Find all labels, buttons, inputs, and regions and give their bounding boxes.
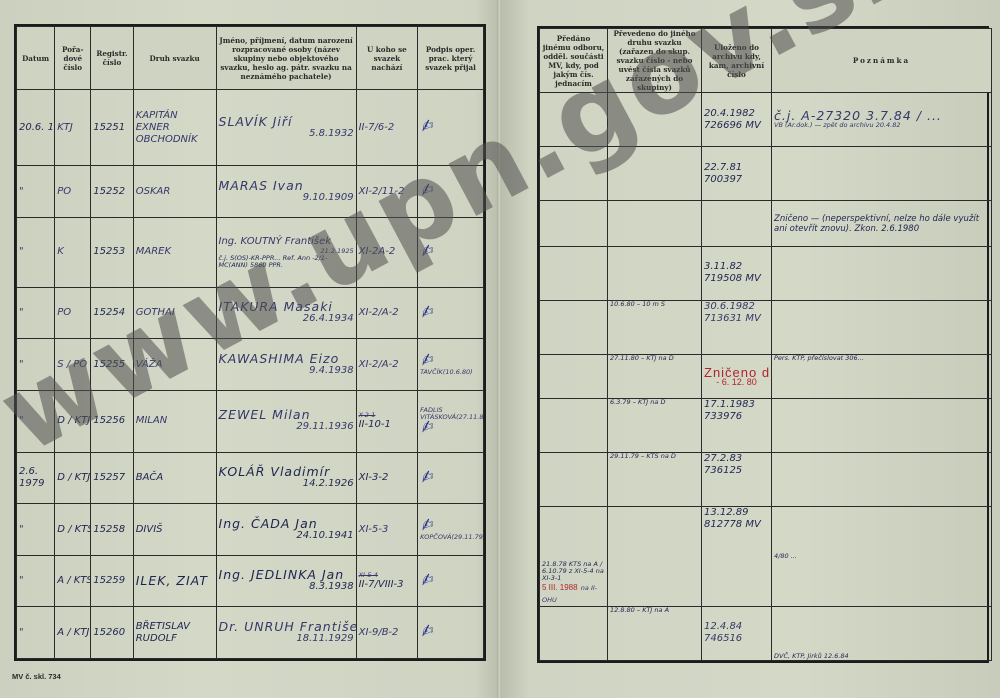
table-row: 10.6.80 – 10 m S 30.6.1982 713631 MV <box>540 301 992 355</box>
cell-u-koho: X-2-1II-10-1 <box>356 390 418 452</box>
cell-jmeno: KAWASHIMA Eizo9.4.1938 <box>216 339 356 391</box>
cell-podpis: ✍︎ <box>418 90 484 166</box>
table-row: " PO 15252 OSKAR MARAS Ivan9.10.1909 XI-… <box>17 166 484 218</box>
cell-druh: MILAN <box>133 390 216 452</box>
cell-predano <box>540 398 608 452</box>
cell-datum: " <box>17 504 55 556</box>
table-row: 20.4.1982 726696 MV č.j. A-27320 3.7.84 … <box>540 93 992 147</box>
cell-datum: " <box>17 287 55 339</box>
cell-poradove: D / KTS <box>55 504 91 556</box>
cell-poznamka: DVČ, KTP, Jirků 12.6.84 <box>772 606 992 660</box>
cell-registr: 15259 <box>91 555 133 607</box>
left-register-table: Datum Pořa-dové číslo Registr. číslo Dru… <box>14 24 486 661</box>
table-row: 12.8.80 – KTJ na A 12.4.84 746516 DVČ, K… <box>540 606 992 660</box>
cell-poznamka <box>772 147 992 201</box>
cell-poznamka: č.j. A-27320 3.7.84 / ...VB (Ar.dok.) — … <box>772 93 992 147</box>
cell-poznamka <box>772 301 992 355</box>
cell-jmeno: ZEWEL Milan29.11.1936 <box>216 390 356 452</box>
table-row: 29.11.79 – KTS na D 27.2.83 736125 <box>540 452 992 506</box>
cell-poradove: PO <box>55 166 91 218</box>
cell-registr: 15256 <box>91 390 133 452</box>
cell-u-koho: XI-3-2 <box>356 452 418 504</box>
cell-prevedeno: 27.11.80 – KTJ na D <box>608 355 702 398</box>
cell-prevedeno <box>608 201 702 247</box>
right-register-table: Předáno jinému odboru, odděl. součásti M… <box>537 26 989 663</box>
table-row: 21.8.78 KTS na A / 6.10.79 z XI-5-4 na X… <box>540 506 992 606</box>
cell-druh: OSKAR <box>133 166 216 218</box>
table-row: 27.11.80 – KTJ na D Zničeno dne- 6. 12. … <box>540 355 992 398</box>
cell-ulozeno: 27.2.83 736125 <box>702 452 772 506</box>
cell-datum: 20.6. 1979 <box>17 90 55 166</box>
cell-u-koho: XI-9/B-2 <box>356 607 418 659</box>
cell-jmeno: Ing. KOUTNÝ František21.2.1925č.j. S(OS)… <box>216 217 356 287</box>
header-registr-cislo: Registr. číslo <box>91 27 133 90</box>
cell-datum: " <box>17 217 55 287</box>
cell-registr: 15254 <box>91 287 133 339</box>
cell-poznamka: Pers. KTP, přečíslovat 306... <box>772 355 992 398</box>
cell-ulozeno: 3.11.82 719508 MV <box>702 246 772 300</box>
cell-jmeno: MARAS Ivan9.10.1909 <box>216 166 356 218</box>
cell-poznamka <box>772 246 992 300</box>
cell-poznamka: Zničeno — (neperspektivní, nelze ho dále… <box>772 201 992 247</box>
cell-poradove: A / KTS <box>55 555 91 607</box>
cell-prevedeno <box>608 246 702 300</box>
cell-datum: " <box>17 166 55 218</box>
table-row: 6.3.79 – KTJ na D 17.1.1983 733976 <box>540 398 992 452</box>
cell-druh: KAPITÁN EXNER OBCHODNÍK <box>133 90 216 166</box>
cell-ulozeno <box>702 201 772 247</box>
cell-predano <box>540 606 608 660</box>
signature-icon: ✍︎ <box>418 352 434 368</box>
form-number: MV č. skl. 734 <box>12 672 61 681</box>
header-prevedeno: Převedeno do jiného druhu svazku (zařaze… <box>608 29 702 93</box>
table-row: Zničeno — (neperspektivní, nelze ho dále… <box>540 201 992 247</box>
table-row: " A / KTS 15259 ILEK, ZIAT Ing. JEDLINKA… <box>17 555 484 607</box>
cell-poradove: D / KTJ <box>55 390 91 452</box>
cell-jmeno: SLAVÍK Jiří5.8.1932 <box>216 90 356 166</box>
cell-ulozeno: 13.12.89 812778 MV <box>702 506 772 606</box>
cell-predano <box>540 355 608 398</box>
header-poznamka: Poznámka <box>772 29 992 93</box>
header-row: Předáno jinému odboru, odděl. součásti M… <box>540 29 992 93</box>
table-row: 22.7.81 700397 <box>540 147 992 201</box>
header-predano: Předáno jinému odboru, odděl. součásti M… <box>540 29 608 93</box>
cell-poradove: KTJ <box>55 90 91 166</box>
cell-jmeno: KOLÁŘ Vladimír14.2.1926 <box>216 452 356 504</box>
cell-registr: 15257 <box>91 452 133 504</box>
cell-jmeno: Ing. JEDLINKA Jan8.3.1938 <box>216 555 356 607</box>
cell-poradove: K <box>55 217 91 287</box>
cell-predano <box>540 147 608 201</box>
left-page: Datum Pořa-dové číslo Registr. číslo Dru… <box>0 0 500 698</box>
cell-druh: BAČA <box>133 452 216 504</box>
cell-podpis: ✍︎ <box>418 452 484 504</box>
header-druh-svazku: Druh svazku <box>133 27 216 90</box>
cell-predano <box>540 301 608 355</box>
cell-poradove: D / KTJ <box>55 452 91 504</box>
cell-ulozeno: 22.7.81 700397 <box>702 147 772 201</box>
cell-prevedeno <box>608 506 702 606</box>
cell-druh: ILEK, ZIAT <box>133 555 216 607</box>
cell-u-koho: XI-2A-2 <box>356 217 418 287</box>
cell-podpis: ✍︎ <box>418 217 484 287</box>
table-row: " D / KTJ 15256 MILAN ZEWEL Milan29.11.1… <box>17 390 484 452</box>
header-datum: Datum <box>17 27 55 90</box>
cell-podpis: FADLIS VITÁSKOVÁ(27.11.80)✍︎ <box>418 390 484 452</box>
cell-predano <box>540 246 608 300</box>
table-row: " D / KTS 15258 DIVIŠ Ing. ČADA Jan24.10… <box>17 504 484 556</box>
cell-registr: 15251 <box>91 90 133 166</box>
cell-poznamka: 4/80 ... <box>772 506 992 606</box>
cell-podpis: ✍︎ <box>418 166 484 218</box>
cell-podpis: ✍︎ <box>418 607 484 659</box>
cell-podpis: ✍︎ <box>418 555 484 607</box>
cell-registr: 15252 <box>91 166 133 218</box>
header-row: Datum Pořa-dové číslo Registr. číslo Dru… <box>17 27 484 90</box>
cell-u-koho: XI-2/11-2 <box>356 166 418 218</box>
table-row: " A / KTJ 15260 BŘETISLAV RUDOLF Dr. UNR… <box>17 607 484 659</box>
cell-ulozeno: 30.6.1982 713631 MV <box>702 301 772 355</box>
cell-ulozeno: 20.4.1982 726696 MV <box>702 93 772 147</box>
cell-datum: " <box>17 555 55 607</box>
cell-poznamka <box>772 398 992 452</box>
signature-icon: ✍︎ <box>418 517 434 533</box>
cell-jmeno: ITAKURA Masaki26.4.1934 <box>216 287 356 339</box>
header-poradove-cislo: Pořa-dové číslo <box>55 27 91 90</box>
signature-icon: ✍︎ <box>418 572 434 588</box>
cell-podpis: ✍︎TAVČÍK(10.6.80) <box>418 339 484 391</box>
signature-icon: ✍︎ <box>418 243 434 259</box>
cell-jmeno: Dr. UNRUH František18.11.1929 <box>216 607 356 659</box>
cell-u-koho: XI-5-3 <box>356 504 418 556</box>
cell-registr: 15260 <box>91 607 133 659</box>
signature-icon: ✍︎ <box>418 118 434 134</box>
cell-druh: MAREK <box>133 217 216 287</box>
date-stamp: 5 III. 1988 <box>542 583 578 592</box>
signature-icon: ✍︎ <box>418 304 434 320</box>
header-jmeno: Jméno, příjmení, datum narození rozpraco… <box>216 27 356 90</box>
right-page: Předáno jinému odboru, odděl. součásti M… <box>500 0 1000 698</box>
cell-druh: GOTHAI <box>133 287 216 339</box>
cell-u-koho: XI-2/A-2 <box>356 287 418 339</box>
cell-predano <box>540 452 608 506</box>
cell-prevedeno: 10.6.80 – 10 m S <box>608 301 702 355</box>
cell-ulozeno: Zničeno dne- 6. 12. 80 <box>702 355 772 398</box>
cell-druh: VÁŽA <box>133 339 216 391</box>
cell-u-koho: XI-2/A-2 <box>356 339 418 391</box>
cell-podpis: ✍︎KOPČOVÁ(29.11.79) <box>418 504 484 556</box>
cell-datum: " <box>17 607 55 659</box>
signature-icon: ✍︎ <box>418 469 434 485</box>
destroyed-stamp-date: - 6. 12. 80 <box>704 379 769 386</box>
cell-prevedeno: 6.3.79 – KTJ na D <box>608 398 702 452</box>
table-row: 2.6. 1979 D / KTJ 15257 BAČA KOLÁŘ Vladi… <box>17 452 484 504</box>
cell-predano: 21.8.78 KTS na A / 6.10.79 z XI-5-4 na X… <box>540 506 608 606</box>
cell-registr: 15255 <box>91 339 133 391</box>
table-row: " S / PO 15255 VÁŽA KAWASHIMA Eizo9.4.19… <box>17 339 484 391</box>
cell-prevedeno <box>608 147 702 201</box>
cell-prevedeno <box>608 93 702 147</box>
table-row: " PO 15254 GOTHAI ITAKURA Masaki26.4.193… <box>17 287 484 339</box>
signature-icon: ✍︎ <box>418 623 434 639</box>
signature-icon: ✍︎ <box>418 182 434 198</box>
header-ulozeno: Uloženo do archivu kdy, kam, archivní čí… <box>702 29 772 93</box>
cell-datum: 2.6. 1979 <box>17 452 55 504</box>
cell-ulozeno: 12.4.84 746516 <box>702 606 772 660</box>
cell-podpis: ✍︎ <box>418 287 484 339</box>
table-row: 20.6. 1979 KTJ 15251 KAPITÁN EXNER OBCHO… <box>17 90 484 166</box>
cell-registr: 15258 <box>91 504 133 556</box>
cell-poradove: S / PO <box>55 339 91 391</box>
cell-ulozeno: 17.1.1983 733976 <box>702 398 772 452</box>
cell-druh: DIVIŠ <box>133 504 216 556</box>
cell-prevedeno: 29.11.79 – KTS na D <box>608 452 702 506</box>
signature-icon: ✍︎ <box>418 419 434 435</box>
cell-poznamka <box>772 452 992 506</box>
cell-poradove: PO <box>55 287 91 339</box>
cell-predano <box>540 201 608 247</box>
table-row: 3.11.82 719508 MV <box>540 246 992 300</box>
cell-u-koho: II-7/6-2 <box>356 90 418 166</box>
table-row: " K 15253 MAREK Ing. KOUTNÝ František21.… <box>17 217 484 287</box>
cell-datum: " <box>17 390 55 452</box>
cell-predano <box>540 93 608 147</box>
header-u-koho: U koho se svazek nachází <box>356 27 418 90</box>
cell-u-koho: XI-5-4II-7/VIII-3 <box>356 555 418 607</box>
cell-jmeno: Ing. ČADA Jan24.10.1941 <box>216 504 356 556</box>
cell-poradove: A / KTJ <box>55 607 91 659</box>
cell-registr: 15253 <box>91 217 133 287</box>
cell-druh: BŘETISLAV RUDOLF <box>133 607 216 659</box>
cell-prevedeno: 12.8.80 – KTJ na A <box>608 606 702 660</box>
cell-datum: " <box>17 339 55 391</box>
header-podpis: Podpis oper. prac. který svazek přijal <box>418 27 484 90</box>
